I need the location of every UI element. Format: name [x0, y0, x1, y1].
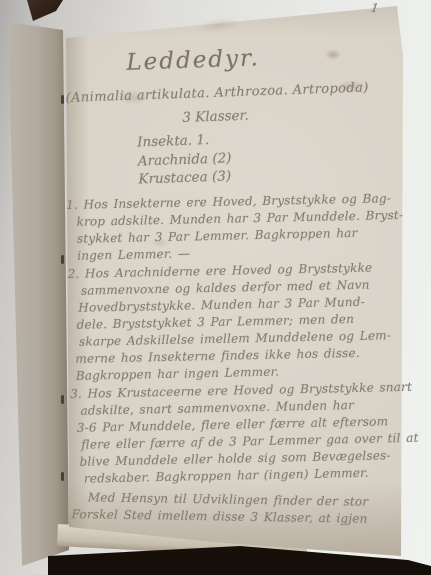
- binding-stitch: [61, 95, 64, 104]
- closing-paragraph: Med Hensyn til Udviklingen finder der st…: [65, 489, 402, 529]
- book-cover-corner: [0, 0, 74, 26]
- binding-stitch: [61, 255, 64, 264]
- page-number: 1: [370, 0, 380, 15]
- class-list: Insekta. 1. Arachnida (2) Krustacea (3): [137, 124, 407, 189]
- binding-stitch: [61, 472, 64, 481]
- page-header: Leddedyr. (Animalia artikulata. Arthrozo…: [64, 40, 407, 191]
- photo-of-open-manuscript-book: 1 Leddedyr. (Animalia artikulata. Arthro…: [0, 0, 431, 575]
- manuscript-body: 1. Hos Insekterne ere Hoved, Bryststykke…: [66, 190, 408, 488]
- binding-stitch: [61, 395, 64, 404]
- classes-heading: 3 Klasser.: [182, 102, 404, 126]
- latin-synonyms: (Animalia artikulata. Arthrozoa. Artropo…: [65, 79, 403, 106]
